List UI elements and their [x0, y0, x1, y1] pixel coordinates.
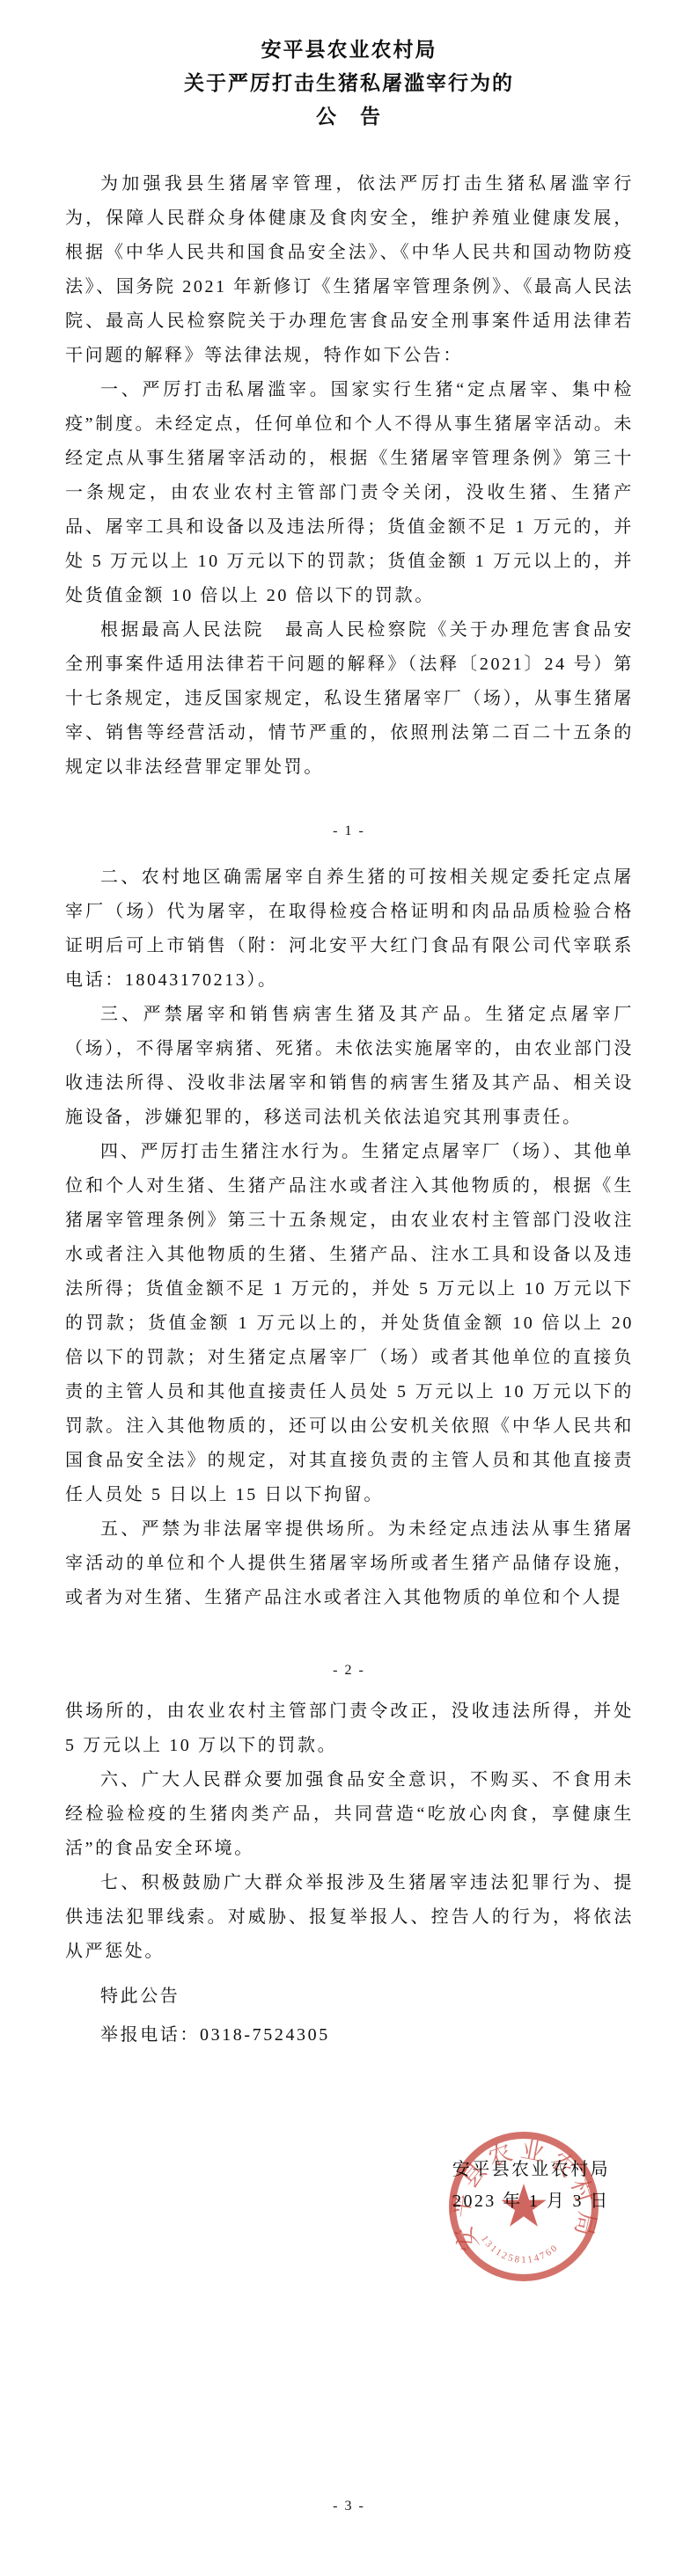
body-paragraph: 六、广大人民群众要加强食品安全意识，不购买、不食用未经检验检疫的生猪肉类产品，共… — [65, 1763, 634, 1866]
body-paragraph: 三、严禁屠宰和销售病害生猪及其产品。生猪定点屠宰厂（场），不得屠宰病猪、死猪。未… — [65, 998, 634, 1135]
page2-body: 二、农村地区确需屠宰自养生猪的可按相关规定委托定点屠宰厂（场）代为屠宰，在取得检… — [65, 860, 634, 1615]
body-paragraph: 根据最高人民法院 最高人民检察院《关于办理危害食品安全刑事案件适用法律若干问题的… — [65, 613, 634, 785]
body-paragraph: 为加强我县生猪屠宰管理，依法严厉打击生猪私屠滥宰行为，保障人民群众身体健康及食肉… — [65, 167, 634, 373]
title-agency-line: 安平县农业农村局 — [0, 33, 698, 67]
announcement-document: 安平县农业农村局 关于严厉打击生猪私屠滥宰行为的 公 告 为加强我县生猪屠宰管理… — [0, 0, 698, 2576]
body-paragraph: 七、积极鼓励广大群众举报涉及生猪屠宰违法犯罪行为、提供违法犯罪线索。对威胁、报复… — [65, 1866, 634, 1969]
body-paragraph: 四、严厉打击生猪注水行为。生猪定点屠宰厂（场）、其他单位和个人对生猪、生猪产品注… — [65, 1135, 634, 1512]
title-notice-label: 公 告 — [0, 100, 698, 134]
closing-statement: 特此公告 — [65, 1980, 634, 2014]
page-number-2: - 2 - — [0, 1663, 698, 1679]
document-title: 安平县农业农村局 关于严厉打击生猪私屠滥宰行为的 公 告 — [0, 33, 698, 134]
page-number-1: - 1 - — [0, 823, 698, 839]
title-subject-line: 关于严厉打击生猪私屠滥宰行为的 — [0, 67, 698, 100]
page3-body: 供场所的，由农业农村主管部门责令改正，没收违法所得，并处 5 万元以上 10 万… — [65, 1694, 634, 2053]
report-hotline: 举报电话：0318-7524305 — [65, 2018, 634, 2053]
body-paragraph: 五、严禁为非法屠宰提供场所。为未经定点违法从事生猪屠宰活动的单位和个人提供生猪屠… — [65, 1512, 634, 1615]
body-paragraph-continuation: 供场所的，由农业农村主管部门责令改正，没收违法所得，并处 5 万元以上 10 万… — [65, 1694, 634, 1763]
body-paragraph: 一、严厉打击私屠滥宰。国家实行生猪“定点屠宰、集中检疫”制度。未经定点，任何单位… — [65, 373, 634, 613]
page1-body: 为加强我县生猪屠宰管理，依法严厉打击生猪私屠滥宰行为，保障人民群众身体健康及食肉… — [65, 167, 634, 785]
svg-text:1311258114760: 1311258114760 — [479, 2234, 561, 2265]
star-icon — [501, 2184, 546, 2227]
official-seal: 安平县农业农村局 1311258114760 — [440, 2127, 607, 2287]
seal-code-text: 1311258114760 — [479, 2234, 561, 2265]
body-paragraph: 二、农村地区确需屠宰自养生猪的可按相关规定委托定点屠宰厂（场）代为屠宰，在取得检… — [65, 860, 634, 998]
page-number-3: - 3 - — [0, 2499, 698, 2514]
